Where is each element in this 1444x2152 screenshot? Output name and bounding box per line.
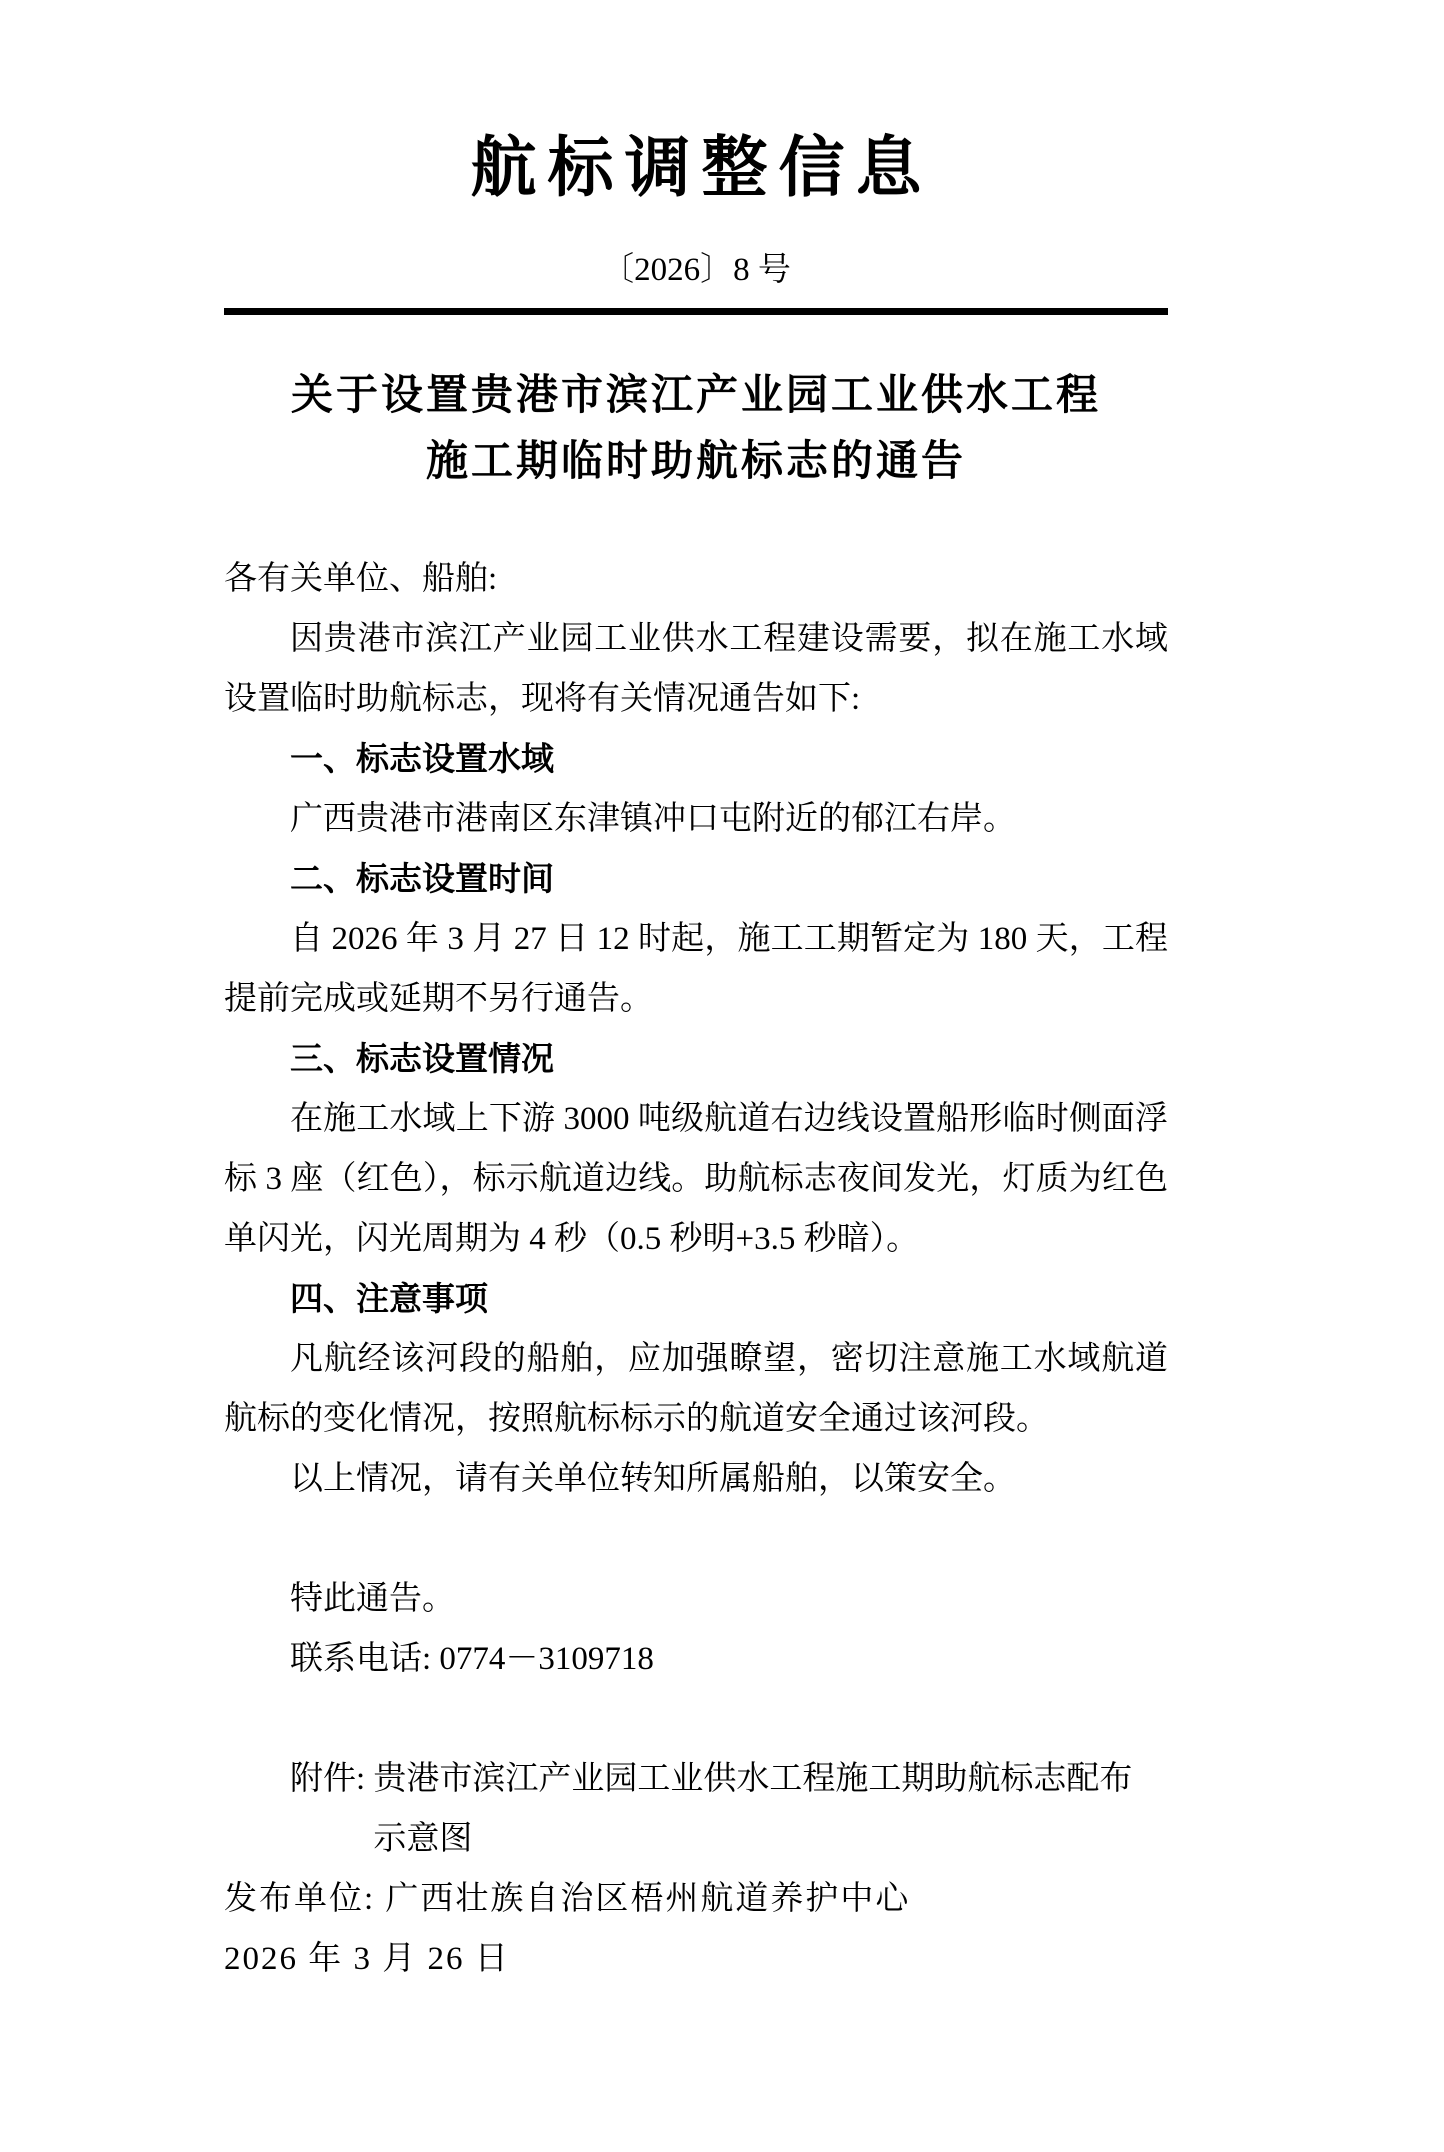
closing-statement: 特此通告。 — [224, 1569, 1168, 1629]
salutation: 各有关单位、船舶: — [224, 549, 1168, 609]
publisher-line: 发布单位: 广西壮族自治区梧州航道养护中心 — [224, 1869, 1168, 1929]
section-4-heading: 四、注意事项 — [224, 1269, 1168, 1329]
attachment-block: 附件: 贵港市滨江产业园工业供水工程施工期助航标志配布 示意图 — [290, 1749, 1168, 1869]
doc-number: 〔2026〕8 号 — [224, 248, 1168, 292]
section-2-paragraph-1: 自 2026 年 3 月 27 日 12 时起，施工工期暂定为 180 天，工程… — [224, 909, 1168, 1029]
section-4-paragraph-2: 以上情况，请有关单位转知所属船舶，以策安全。 — [224, 1449, 1168, 1509]
attachment-line-2: 示意图 — [373, 1809, 1132, 1869]
header-divider — [224, 308, 1168, 315]
page-title: 航标调整信息 — [224, 0, 1168, 212]
subtitle-line-2: 施工期临时助航标志的通告 — [224, 429, 1168, 495]
section-1-heading: 一、标志设置水域 — [224, 729, 1168, 789]
notice-body: 各有关单位、船舶: 因贵港市滨江产业园工业供水工程建设需要，拟在施工水域设置临时… — [224, 549, 1168, 1989]
publish-date: 2026 年 3 月 26 日 — [224, 1929, 1168, 1989]
section-2-heading: 二、标志设置时间 — [224, 849, 1168, 909]
section-3-heading: 三、标志设置情况 — [224, 1029, 1168, 1089]
section-4-paragraph-1: 凡航经该河段的船舶，应加强瞭望，密切注意施工水域航道航标的变化情况，按照航标标示… — [224, 1329, 1168, 1449]
attachment-label: 附件: — [290, 1749, 373, 1869]
notice-subtitle: 关于设置贵港市滨江产业园工业供水工程 施工期临时助航标志的通告 — [224, 363, 1168, 495]
spacer — [224, 1509, 1168, 1569]
subtitle-line-1: 关于设置贵港市滨江产业园工业供水工程 — [224, 363, 1168, 429]
document-content: 航标调整信息 〔2026〕8 号 关于设置贵港市滨江产业园工业供水工程 施工期临… — [224, 0, 1168, 1989]
attachment-line-1: 贵港市滨江产业园工业供水工程施工期助航标志配布 — [373, 1749, 1132, 1809]
spacer — [224, 1689, 1168, 1749]
section-3-paragraph-1: 在施工水域上下游 3000 吨级航道右边线设置船形临时侧面浮标 3 座（红色），… — [224, 1089, 1168, 1269]
contact-phone: 联系电话: 0774－3109718 — [224, 1629, 1168, 1689]
notice-document-page: 航标调整信息 〔2026〕8 号 关于设置贵港市滨江产业园工业供水工程 施工期临… — [0, 0, 1444, 2152]
attachment-text: 贵港市滨江产业园工业供水工程施工期助航标志配布 示意图 — [373, 1749, 1132, 1869]
section-1-paragraph-1: 广西贵港市港南区东津镇冲口屯附近的郁江右岸。 — [224, 789, 1168, 849]
intro-paragraph: 因贵港市滨江产业园工业供水工程建设需要，拟在施工水域设置临时助航标志，现将有关情… — [224, 609, 1168, 729]
